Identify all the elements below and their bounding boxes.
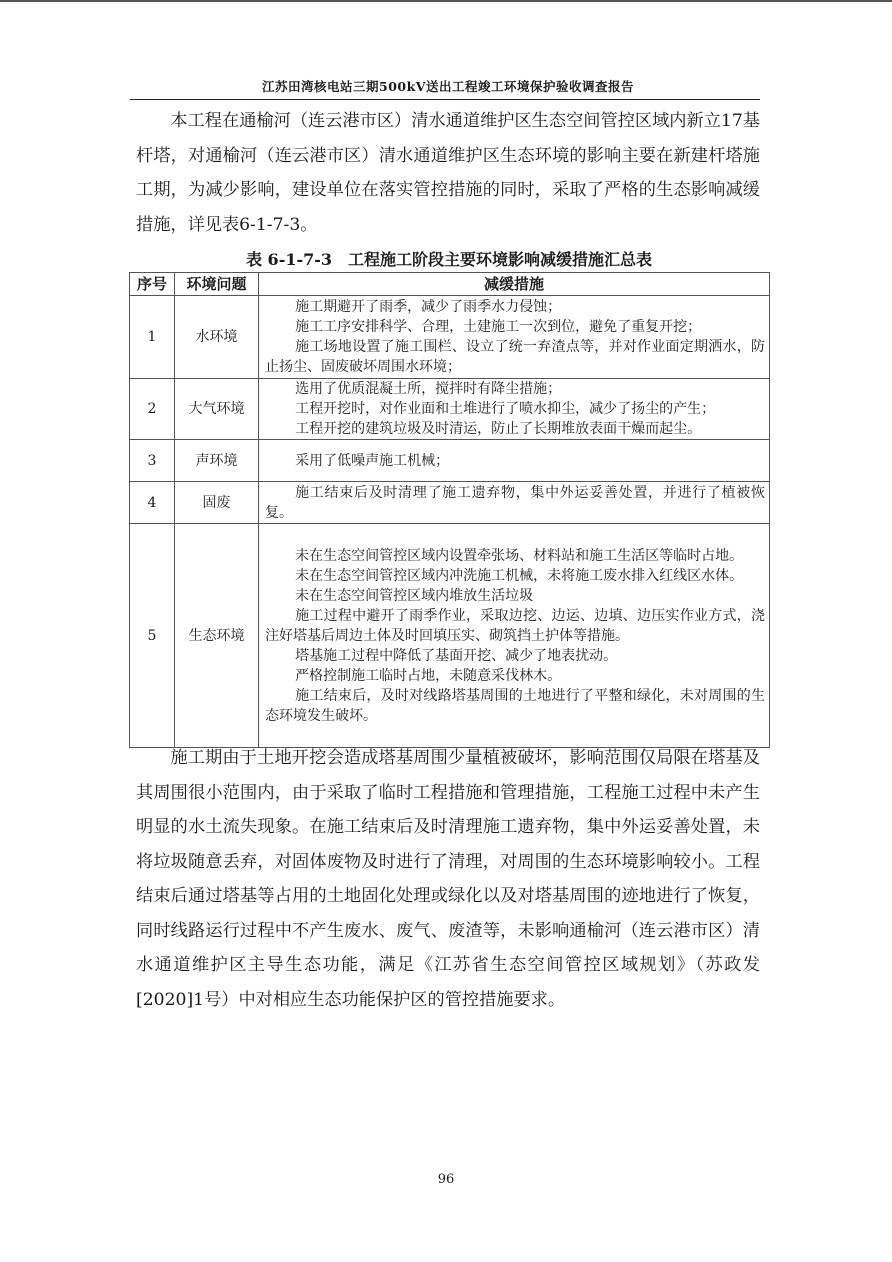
- measure-item: 施工过程中避开了雨季作业，采取边挖、边运、边填、边压实作业方式，浇注好塔基后周边…: [265, 606, 765, 646]
- header-issue: 环境问题: [175, 273, 259, 296]
- measure-item: 施工结束后及时清理了施工遗弃物，集中外运妥善处置，并进行了植被恢复。: [265, 483, 765, 523]
- conclusion-paragraph: 施工期由于土地开挖会造成塔基周围少量植被破坏，影响范围仅局限在塔基及其周围很小范…: [136, 741, 760, 1017]
- table-caption: 表 6-1-7-3 工程施工阶段主要环境影响减缓措施汇总表: [128, 247, 770, 270]
- header-rule: [130, 99, 760, 100]
- measure-item: 工程开挖时，对作业面和土堆进行了喷水抑尘，减少了扬尘的产生；: [265, 399, 765, 419]
- measure-item: 选用了优质混凝土所，搅拌时有降尘措施；: [265, 379, 765, 399]
- page-number: 96: [430, 1172, 462, 1187]
- table-row: 1水环境施工期避开了雨季，减少了雨季水力侵蚀；施工工序安排科学、合理，土建施工一…: [130, 296, 770, 379]
- row-issue: 大气环境: [175, 379, 259, 440]
- row-number: 4: [130, 482, 175, 524]
- row-issue: 固废: [175, 482, 259, 524]
- measure-item: 施工期避开了雨季，减少了雨季水力侵蚀；: [265, 297, 765, 317]
- row-issue: 水环境: [175, 296, 259, 379]
- page-top-edge: [0, 0, 892, 2]
- row-measures: 采用了低噪声施工机械；: [259, 440, 770, 482]
- measure-item: 未在生态空间管控区域内冲洗施工机械，未将施工废水排入红线区水体。: [265, 566, 765, 586]
- table-header-row: 序号 环境问题 减缓措施: [130, 273, 770, 296]
- row-issue: 生态环境: [175, 524, 259, 748]
- measure-item: 施工场地设置了施工围栏、设立了统一弃渣点等，并对作业面定期洒水，防止扬尘、固废破…: [265, 337, 765, 377]
- intro-paragraph: 本工程在通榆河（连云港市区）清水通道维护区生态空间管控区域内新立17基杆塔，对通…: [136, 104, 760, 242]
- measure-item: 工程开挖的建筑垃圾及时清运，防止了长期堆放表面干燥而起尘。: [265, 419, 765, 439]
- table-row: 4固废施工结束后及时清理了施工遗弃物，集中外运妥善处置，并进行了植被恢复。: [130, 482, 770, 524]
- measure-item: 未在生态空间管控区域内堆放生活垃圾: [265, 586, 765, 606]
- measure-item: 施工工序安排科学、合理，土建施工一次到位，避免了重复开挖；: [265, 317, 765, 337]
- row-measures: 选用了优质混凝土所，搅拌时有降尘措施；工程开挖时，对作业面和土堆进行了喷水抑尘，…: [259, 379, 770, 440]
- row-number: 3: [130, 440, 175, 482]
- measure-item: 未在生态空间管控区域内设置牵张场、材料站和施工生活区等临时占地。: [265, 546, 765, 566]
- measure-item: 施工结束后，及时对线路塔基周围的土地进行了平整和绿化，未对周围的生态环境发生破坏…: [265, 686, 765, 726]
- row-number: 2: [130, 379, 175, 440]
- row-number: 1: [130, 296, 175, 379]
- table-row: 5生态环境未在生态空间管控区域内设置牵张场、材料站和施工生活区等临时占地。未在生…: [130, 524, 770, 748]
- table-row: 2大气环境选用了优质混凝土所，搅拌时有降尘措施；工程开挖时，对作业面和土堆进行了…: [130, 379, 770, 440]
- measure-item: 严格控制施工临时占地，未随意采伐林木。: [265, 666, 765, 686]
- row-number: 5: [130, 524, 175, 748]
- header-measures: 减缓措施: [259, 273, 770, 296]
- table-row: 3声环境采用了低噪声施工机械；: [130, 440, 770, 482]
- row-issue: 声环境: [175, 440, 259, 482]
- measure-item: 塔基施工过程中降低了基面开挖、减少了地表扰动。: [265, 646, 765, 666]
- row-measures: 施工结束后及时清理了施工遗弃物，集中外运妥善处置，并进行了植被恢复。: [259, 482, 770, 524]
- row-measures: 未在生态空间管控区域内设置牵张场、材料站和施工生活区等临时占地。未在生态空间管控…: [259, 524, 770, 748]
- row-measures: 施工期避开了雨季，减少了雨季水力侵蚀；施工工序安排科学、合理，土建施工一次到位，…: [259, 296, 770, 379]
- mitigation-measures-table: 序号 环境问题 减缓措施 1水环境施工期避开了雨季，减少了雨季水力侵蚀；施工工序…: [129, 272, 770, 748]
- running-header-title: 江苏田湾核电站三期500kV送出工程竣工环境保护验收调查报告: [128, 77, 768, 95]
- header-no: 序号: [130, 273, 175, 296]
- measure-item: 采用了低噪声施工机械；: [265, 451, 765, 471]
